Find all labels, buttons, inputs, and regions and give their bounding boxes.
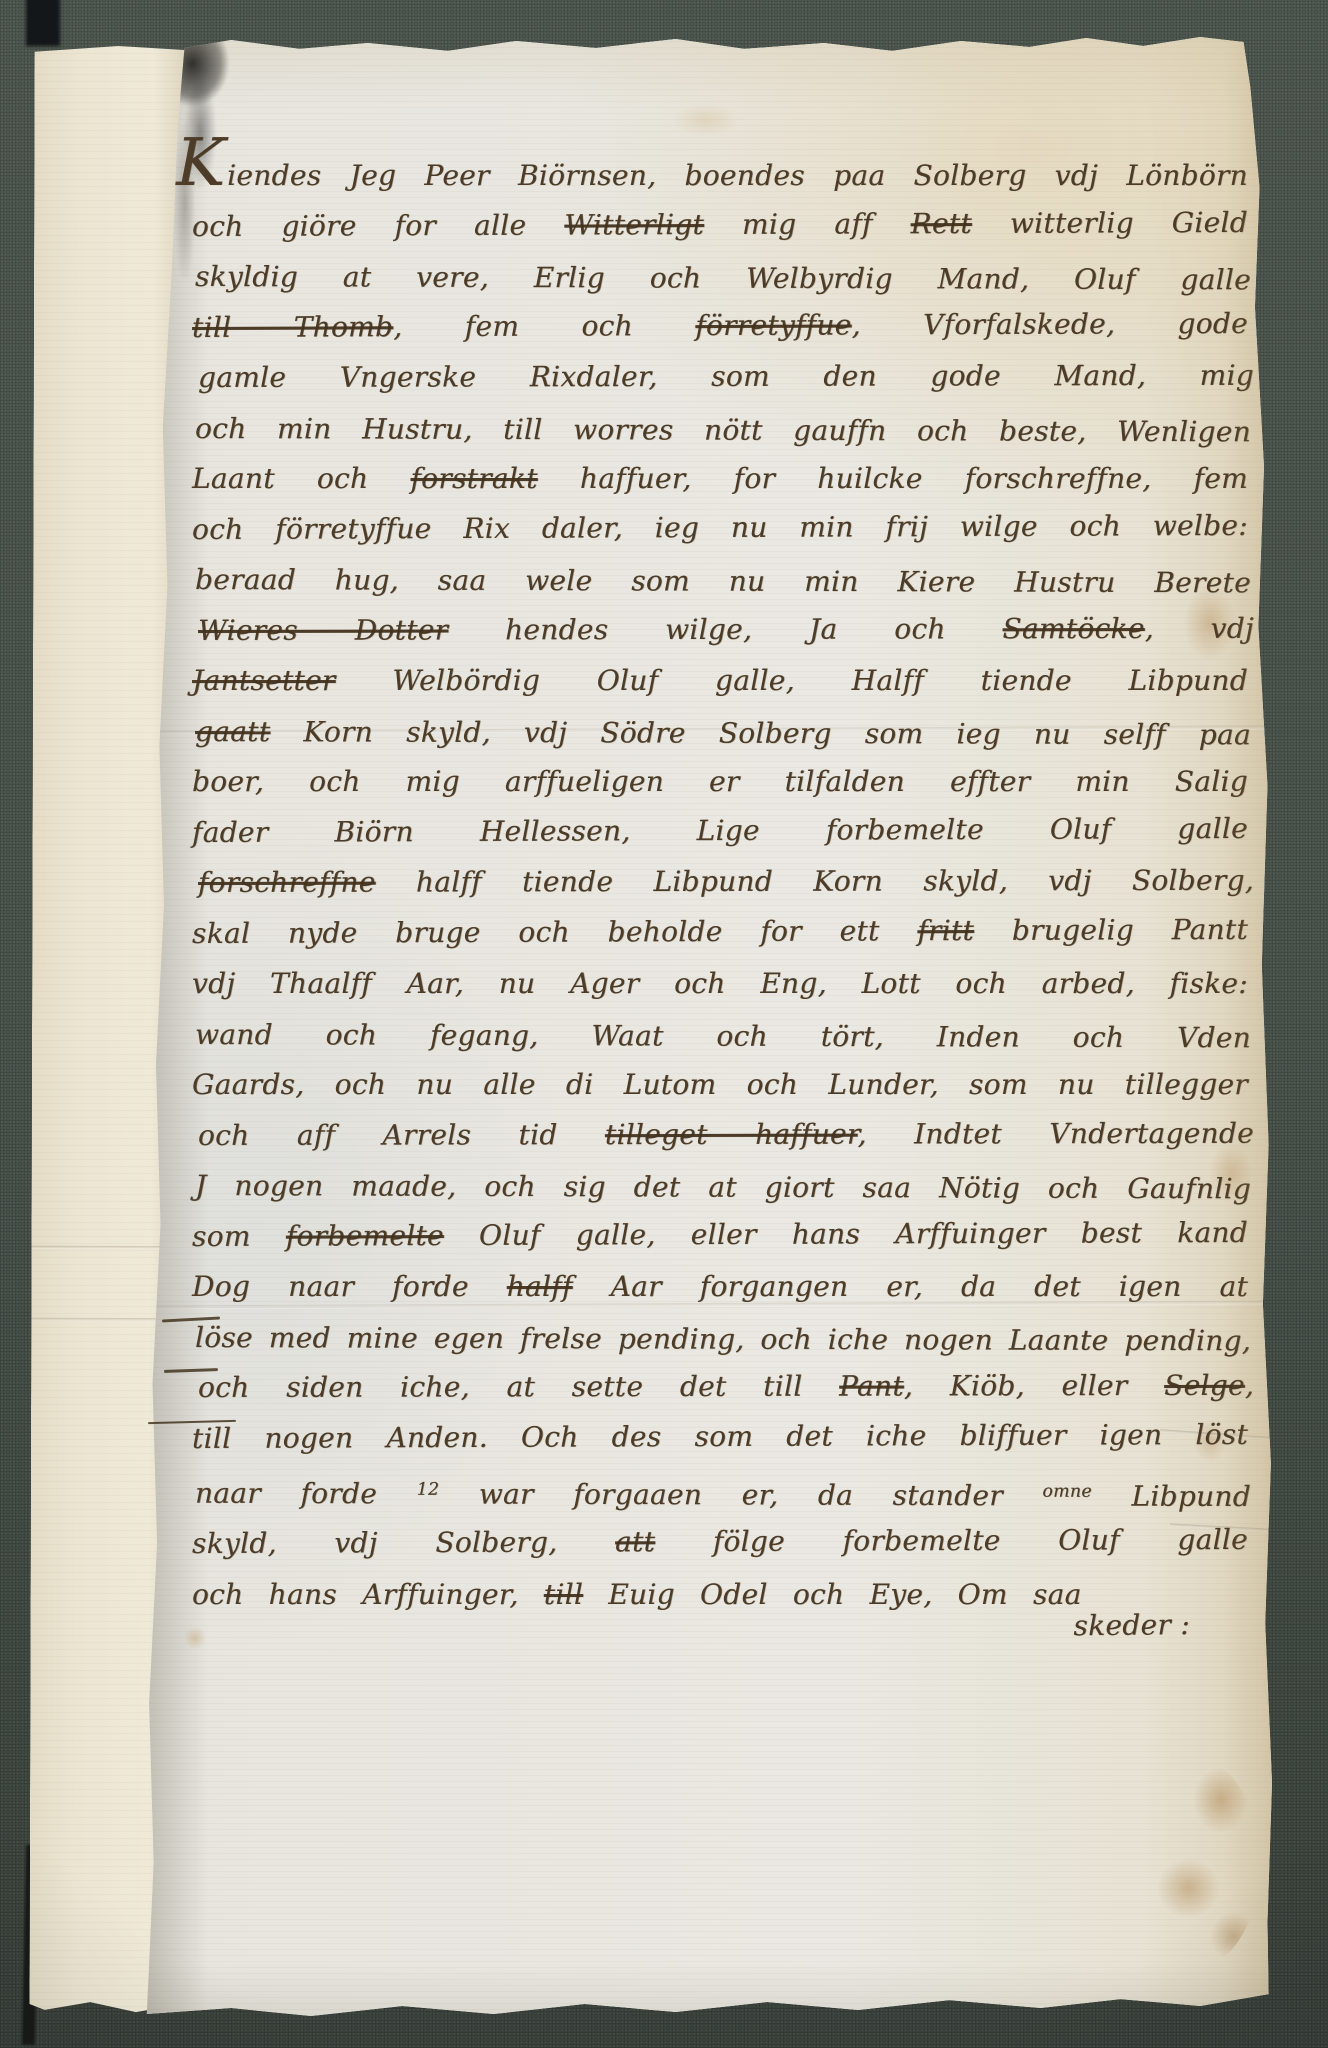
struck-word: förretyffue [695,308,851,342]
handwritten-text: war forgaaen er, da stander [439,1477,1042,1512]
struck-word: fritt [917,913,974,946]
handwritten-text: wand och fegang, Waat och tört, Inden oc… [195,1018,1251,1054]
handwritten-text: skal nyde bruge och beholde for ett [192,914,917,950]
handwritten-text: och siden iche, at sette det till [198,1370,839,1404]
manuscript-line: till nogen Anden. Och des som det iche b… [192,1409,1248,1464]
handwritten-text: brugelig Pantt [974,912,1248,946]
handwritten-text: och min Hustru, till worres nött gauffn … [195,412,1251,448]
handwritten-text: J nogen maade, och sig det at giort saa … [195,1169,1251,1205]
handwritten-text: Gaards, och nu alle di Lutom och Lunder,… [192,1068,1248,1101]
handwritten-text: Laant och [192,462,411,495]
handwritten-text: vdj Thaalff Aar, nu Ager och Eng, Lott o… [192,967,1248,1000]
handwritten-text: och aff Arrels tid [198,1118,605,1152]
manuscript-line: forschreffne halff tiende Libpund Korn s… [198,856,1254,909]
handwritten-text: hendes wilge, Ja och [448,612,1002,646]
manuscript-line: till Thomb, fem och förretyffue, Vforfal… [192,298,1248,353]
manuscript-page: Kiendes Jeg Peer Biörnsen, boendes paa S… [140,28,1280,2022]
manuscript-line: gamle Vngerske Rixdaler, som den gode Ma… [198,351,1254,404]
manuscript-line: och siden iche, at sette det till Pant, … [198,1361,1254,1414]
struck-word: tilleget haffuer [605,1117,858,1151]
foxing-stain [660,98,750,142]
handwritten-text: och giöre for alle [192,208,564,242]
manuscript-line: som forbemelte Oluf galle, eller hans Ar… [192,1207,1248,1262]
struck-word: att [615,1525,655,1558]
handwritten-text: naar forde [195,1477,417,1511]
manuscript-line: och förretyffue Rix daler, ieg nu min fr… [192,500,1248,555]
binding-edge-top [26,0,60,46]
manuscript-line: Laant och forstrakt haffuer, for huilcke… [192,454,1248,505]
struck-word: gaatt [195,715,270,748]
handwritten-text: , Indtet Vndertagende [857,1116,1254,1150]
handwritten-text: Libpund [1092,1479,1251,1512]
struck-word: forbemelte [286,1219,444,1253]
struck-word: Wieres Dotter [198,613,448,647]
manuscript-line: Jantsetter Welbördig Oluf galle, Halff t… [192,656,1248,707]
handwritten-text: och hans Arffuinger, [192,1578,544,1611]
manuscript-line: skyldig at vere, Erlig och Welbyrdig Man… [195,252,1251,306]
manuscript-line: J nogen maade, och sig det at giort saa … [195,1161,1251,1215]
handwritten-text: löse med mine egen frelse pending, och i… [195,1321,1251,1357]
handwritten-text: till nogen Anden. Och des som det iche b… [192,1417,1248,1454]
handwritten-text: fader Biörn Hellessen, Lige forbemelte O… [192,811,1248,848]
handwritten-text: , Kiöb, eller [904,1369,1164,1403]
manuscript-text: Kiendes Jeg Peer Biörnsen, boendes paa S… [192,140,1248,1620]
handwritten-text: beraad hug, saa wele som nu min Kiere Hu… [195,563,1251,599]
handwritten-text: skyld, vdj Solberg, [192,1526,615,1561]
handwritten-text: boer, och mig arffueligen er tilfalden e… [192,765,1248,798]
handwritten-text: skyldig at vere, Erlig och Welbyrdig Man… [195,260,1251,296]
struck-word: Samtöcke [1002,612,1144,645]
struck-word: forstrakt [411,462,538,495]
struck-word: till [544,1578,583,1611]
struck-word: Selge [1164,1369,1245,1402]
archive-photo-backdrop: Kiendes Jeg Peer Biörnsen, boendes paa S… [0,0,1328,2048]
manuscript-line: och aff Arrels tid tilleget haffuer, Ind… [198,1108,1254,1161]
handwritten-text: gamle Vngerske Rixdaler, som den gode Ma… [198,359,1254,394]
handwritten-text: haffuer, for huilcke forschreffne, fem [538,462,1248,495]
handwritten-text: Aar forgangen er, da det igen at [573,1270,1248,1303]
manuscript-line: fader Biörn Hellessen, Lige forbemelte O… [192,803,1248,858]
handwritten-text: Welbördig Oluf galle, Halff tiende Libpu… [336,664,1248,697]
handwritten-text: 12 [417,1480,440,1500]
manuscript-line: Kiendes Jeg Peer Biörnsen, boendes paa S… [176,140,1248,202]
foxing-stain [1130,1758,1260,1968]
manuscript-line: skal nyde bruge och beholde for ett frit… [192,904,1248,959]
handwritten-text: Oluf galle, eller hans Arffuinger best k… [444,1215,1248,1251]
manuscript-line: vdj Thaalff Aar, nu Ager och Eng, Lott o… [192,959,1248,1010]
handwritten-text: som [192,1219,286,1252]
struck-word: forschreffne [198,866,376,899]
manuscript-line: Gaards, och nu alle di Lutom och Lunder,… [192,1060,1248,1111]
manuscript-line: skyld, vdj Solberg, att fölge forbemelte… [192,1515,1248,1570]
handwritten-text: fölge forbemelte Oluf galle [655,1523,1248,1558]
struck-word: halff [507,1270,573,1303]
handwritten-text: Korn skyld, vdj Södre Solberg som ieg nu… [270,715,1251,751]
handwritten-text: Kiendes Jeg Peer Biörnsen, boendes paa S… [176,159,1248,192]
handwritten-text: halff tiende Libpund Korn skyld, vdj Sol… [376,864,1254,899]
struck-word: Witterligt [564,208,704,242]
struck-word: Pant [839,1370,904,1403]
struck-word: Jantsetter [192,664,336,697]
manuscript-line: gaatt Korn skyld, vdj Södre Solberg som … [195,707,1251,761]
handwritten-text: Euig Odel och Eye, Om saa [583,1578,1082,1611]
manuscript-line: Dog naar forde halff Aar forgangen er, d… [192,1262,1248,1313]
manuscript-line: boer, och mig arffueligen er tilfalden e… [192,757,1248,808]
struck-word: Rett [910,207,971,240]
manuscript-line: Wieres Dotter hendes wilge, Ja och Samtö… [198,603,1254,656]
handwritten-text: , fem och [393,309,695,343]
manuscript-line: och giöre for alle Witterligt mig aff Re… [192,197,1248,252]
manuscript-line: naar forde 12 war forgaaen er, da stande… [195,1464,1251,1522]
manuscript-line: löse med mine egen frelse pending, och i… [195,1313,1251,1367]
manuscript-line: beraad hug, saa wele som nu min Kiere Hu… [195,555,1251,609]
handwritten-text: witterlig Gield [972,205,1248,239]
handwritten-text: , Vforfalskede, gode [852,306,1249,341]
handwritten-text: , [1245,1369,1254,1402]
struck-word: till Thomb [192,310,393,344]
handwritten-text: Dog naar forde [192,1270,507,1303]
manuscript-line: wand och fegang, Waat och tört, Inden oc… [195,1010,1251,1064]
manuscript-line: och min Hustru, till worres nött gauffn … [195,404,1251,458]
handwritten-text: , vdj [1145,611,1254,644]
handwritten-text: och förretyffue Rix daler, ieg nu min fr… [192,508,1248,545]
handwritten-text: mig aff [704,207,911,241]
handwritten-text: omne [1042,1482,1092,1502]
